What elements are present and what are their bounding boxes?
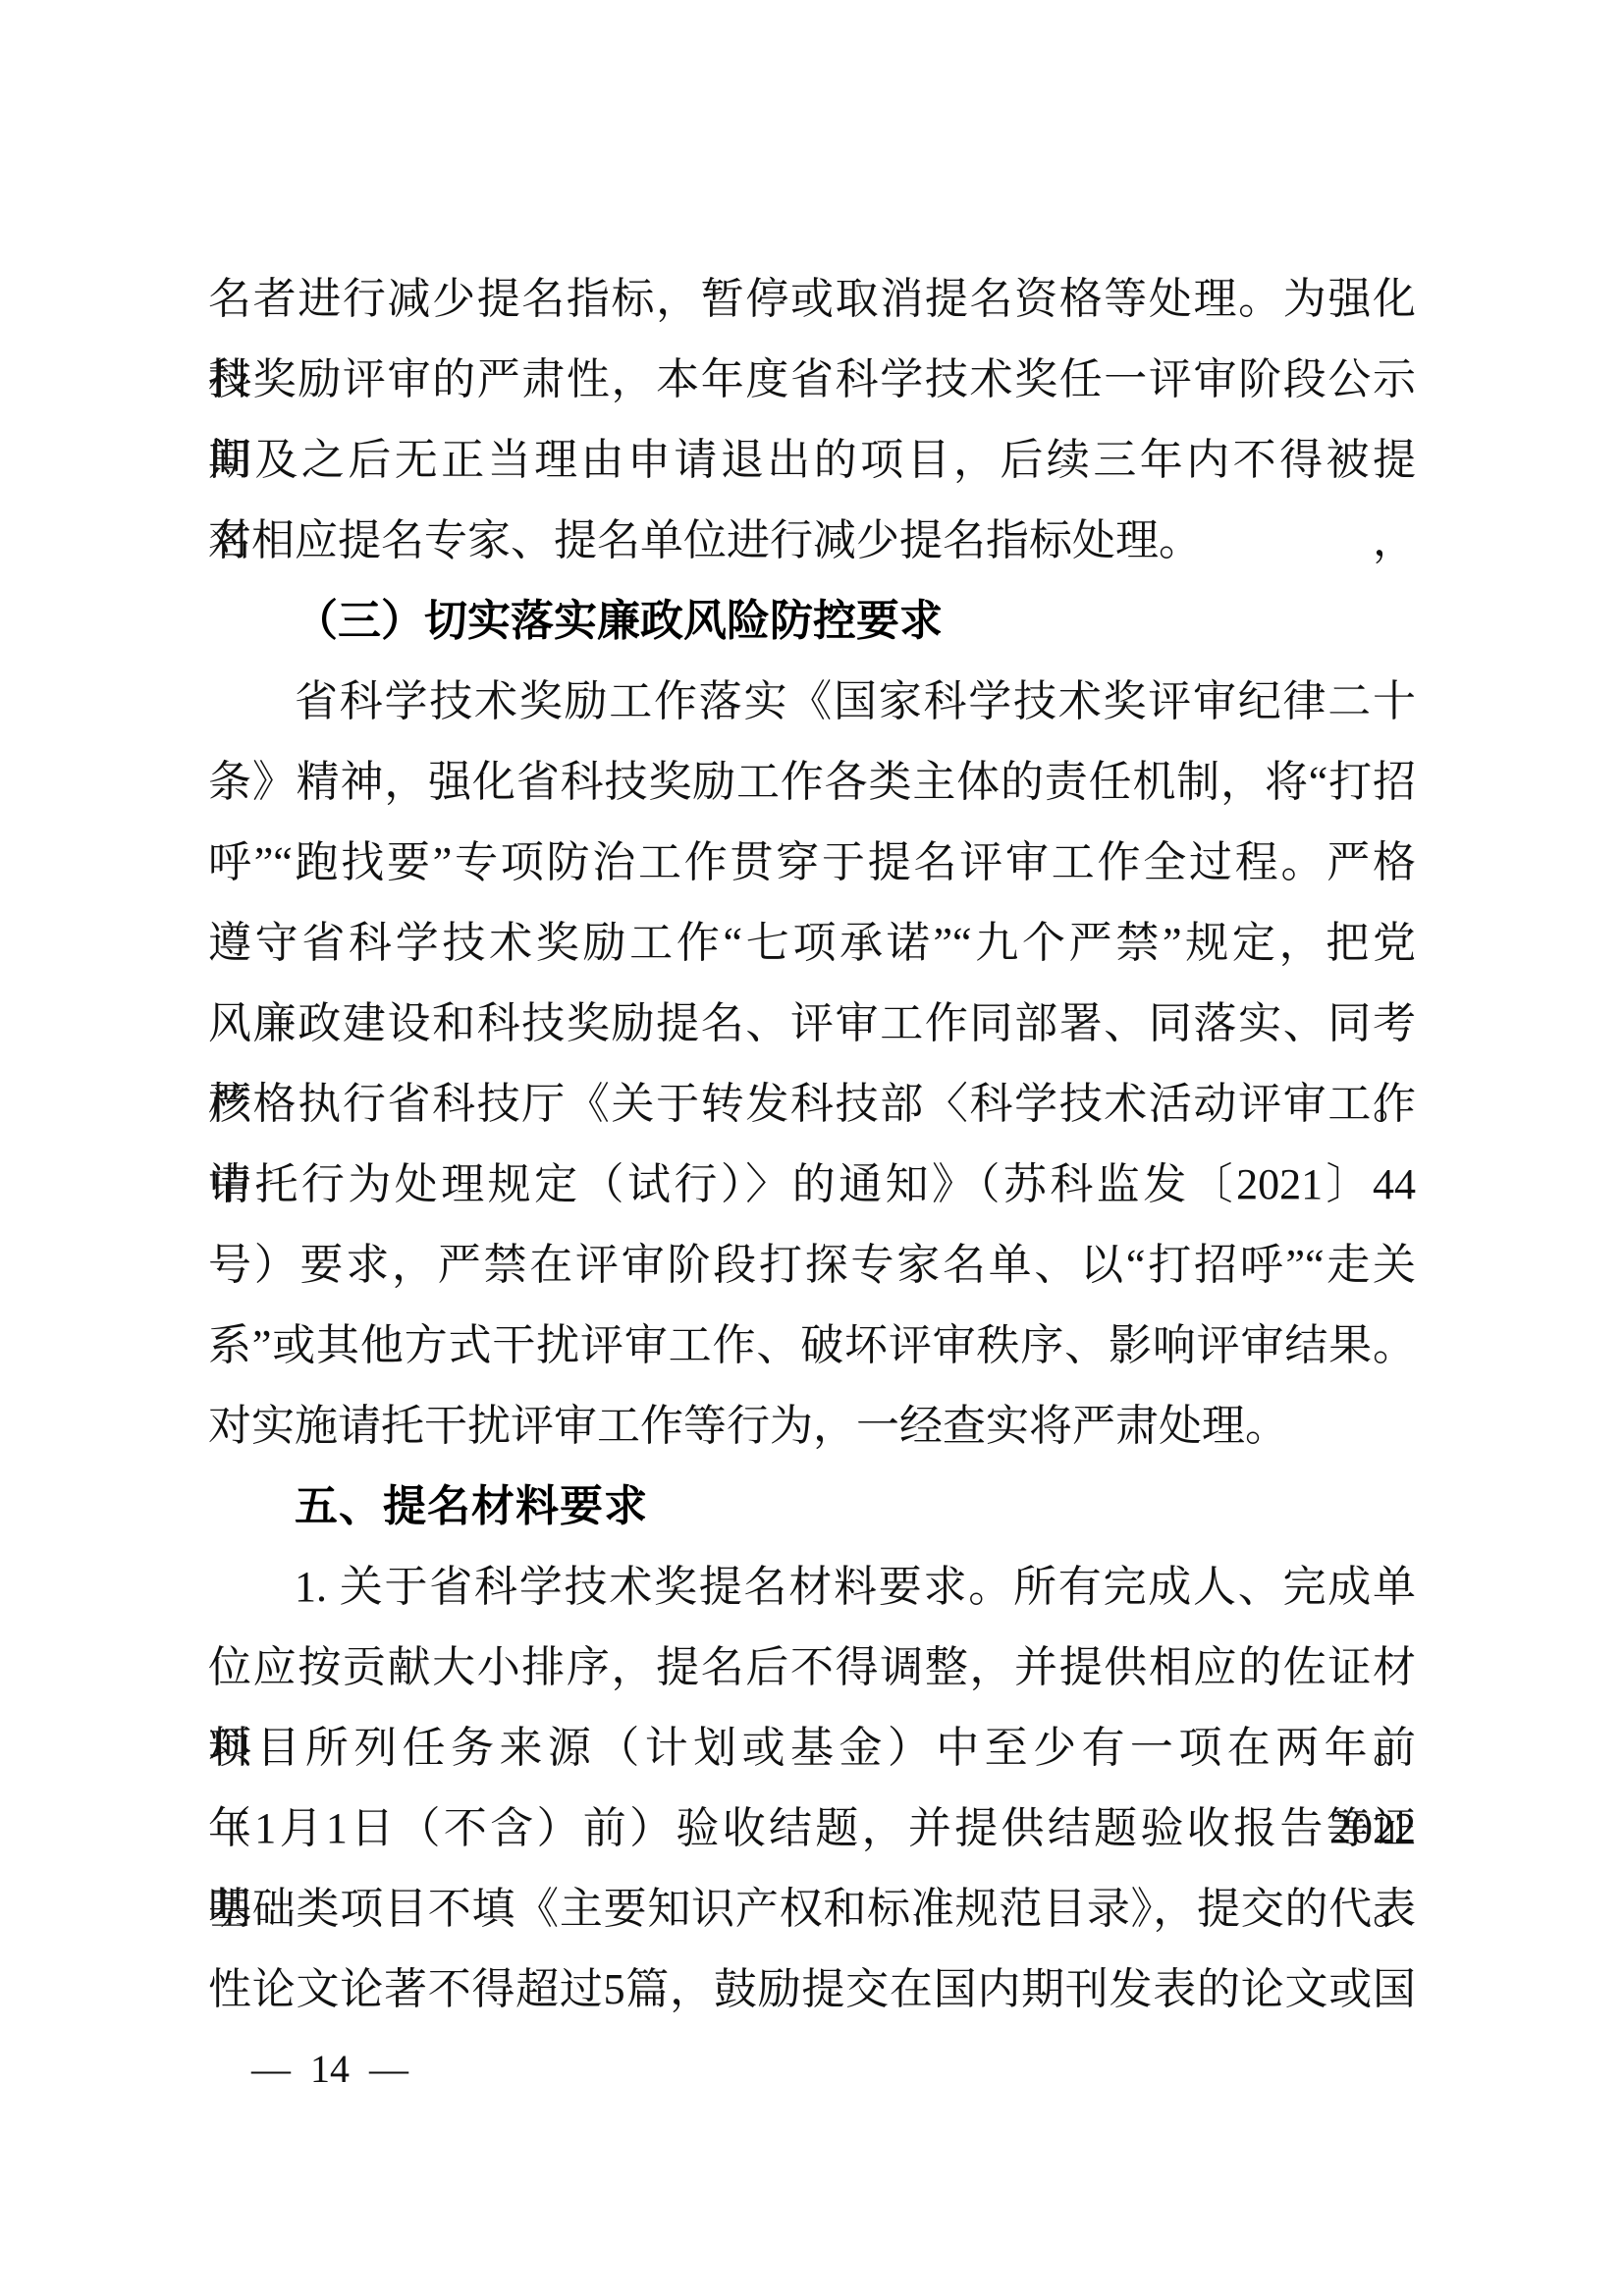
- subsection-heading: （三）切实落实廉政风险防控要求: [208, 581, 1416, 662]
- text-line: 呼”“跑找要”专项防治工作贯穿于提名评审工作全过程。严格: [208, 823, 1416, 903]
- text-line: 性论文论著不得超过5篇，鼓励提交在国内期刊发表的论文或国: [208, 1949, 1416, 2030]
- text-line: 间及之后无正当理由申请退出的项目，后续三年内不得被提名，: [208, 420, 1416, 501]
- document-page: 名者进行减少提名指标，暂停或取消提名资格等处理。为强化科技奖励评审的严肃性，本年…: [0, 0, 1624, 2296]
- text-line: 条》精神，强化省科技奖励工作各类主体的责任机制，将“打招: [208, 742, 1416, 823]
- text-line: 名者进行减少提名指标，暂停或取消提名资格等处理。为强化科: [208, 259, 1416, 340]
- text-block: 名者进行减少提名指标，暂停或取消提名资格等处理。为强化科技奖励评审的严肃性，本年…: [208, 259, 1416, 2030]
- text-line: 位应按贡献大小排序，提名后不得调整，并提供相应的佐证材料。: [208, 1628, 1416, 1708]
- text-line: 省科学技术奖励工作落实《国家科学技术奖评审纪律二十: [208, 662, 1416, 742]
- text-line: 1. 关于省科学技术奖提名材料要求。所有完成人、完成单: [208, 1547, 1416, 1628]
- text-line: 严格执行省科技厅《关于转发科技部〈科学技术活动评审工作中: [208, 1064, 1416, 1145]
- text-line: 对实施请托干扰评审工作等行为，一经查实将严肃处理。: [208, 1386, 1416, 1467]
- section-heading: 五、提名材料要求: [208, 1467, 1416, 1547]
- text-line: 号）要求，严禁在评审阶段打探专家名单、以“打招呼”“走关: [208, 1225, 1416, 1306]
- text-line: 系”或其他方式干扰评审工作、破坏评审秩序、影响评审结果。: [208, 1306, 1416, 1386]
- text-line: 基础类项目不填《主要知识产权和标准规范目录》，提交的代表: [208, 1869, 1416, 1949]
- text-line: 技奖励评审的严肃性，本年度省科学技术奖任一评审阶段公示期: [208, 340, 1416, 420]
- text-line: 请托行为处理规定（试行）〉的通知》（苏科监发〔2021〕44: [208, 1145, 1416, 1225]
- text-line: 风廉政建设和科技奖励提名、评审工作同部署、同落实、同考核。: [208, 984, 1416, 1064]
- page-number: — 14 —: [251, 2044, 408, 2095]
- text-line: 遵守省科学技术奖励工作“七项承诺”“九个严禁”规定，把党: [208, 903, 1416, 984]
- text-line: 年1月1日（不含）前）验收结题，并提供结题验收报告等证明。: [208, 1789, 1416, 1869]
- text-line: 项目所列任务来源（计划或基金）中至少有一项在两年前（2022: [208, 1708, 1416, 1789]
